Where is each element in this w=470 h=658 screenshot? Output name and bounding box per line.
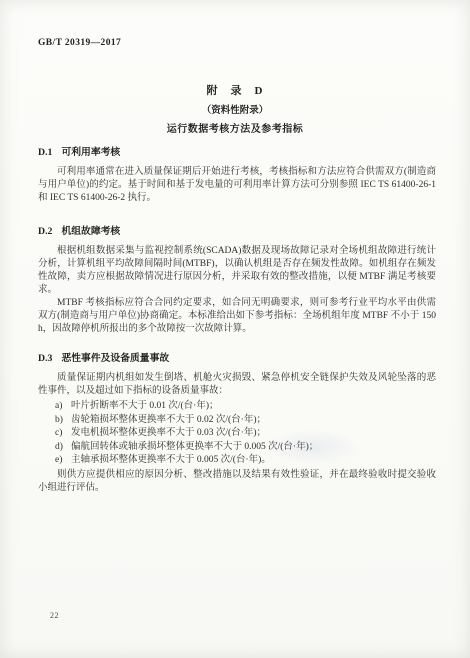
appendix-name: 运行数据考核方法及参考指标 [0, 120, 470, 135]
section-d2-paragraph-2: MTBF 考核指标应符合合同约定要求，如合同无明确要求，则可参考行业平均水平由供… [38, 297, 436, 336]
list-text-d: 偏航回转体或轴承损坏整体更换率不大于 0.005 次/(台·年)； [71, 441, 436, 455]
list-text-a: 叶片折断率不大于 0.01 次/(台·年)； [71, 400, 436, 414]
list-marker-c: c) [55, 427, 71, 441]
list-item-e: e) 主轴承损坏整体更换率不大于 0.005 次/(台·年)。 [38, 454, 436, 468]
list-item-d: d) 偏航回转体或轴承损坏整体更换率不大于 0.005 次/(台·年)； [38, 441, 436, 455]
list-text-b: 齿轮箱损坏整体更换率不大于 0.02 次/(台·年)； [71, 414, 436, 428]
section-d3-closing-paragraph: 则供方应提供相应的原因分析、整改措施以及结果有效性验证，并在最终验收时提交验收小… [38, 469, 436, 495]
page-number: 22 [50, 611, 59, 620]
list-marker-d: d) [55, 441, 71, 455]
standard-number-header: GB/T 20319—2017 [38, 38, 121, 48]
section-d1-heading: D.1可利用率考核 [38, 146, 436, 159]
list-marker-b: b) [55, 414, 71, 428]
document-body: D.1可利用率考核 可利用率通常在进入质量保证期后开始进行考核，考核指标和方法应… [38, 146, 436, 504]
section-d2-title: 机组故障考核 [61, 226, 120, 237]
section-d1-number: D.1 [38, 146, 52, 159]
section-d3-number: D.3 [38, 352, 52, 365]
list-marker-e: e) [55, 454, 71, 468]
section-d3-heading: D.3恶性事件及设备质量事故 [38, 352, 436, 365]
section-d1-title: 可利用率考核 [61, 147, 120, 158]
section-d2-number: D.2 [38, 225, 52, 238]
list-item-b: b) 齿轮箱损坏整体更换率不大于 0.02 次/(台·年)； [38, 414, 436, 428]
list-item-c: c) 发电机损坏整体更换率不大于 0.03 次/(台·年)； [38, 427, 436, 441]
section-d1-paragraph: 可利用率通常在进入质量保证期后开始进行考核，考核指标和方法应符合供需双方(制造商… [38, 166, 436, 205]
section-d3-paragraph: 质量保证期内机组如发生倒塔、机舱火灾损毁、紧急停机安全链保护失效及风轮坠落的恶性… [38, 372, 436, 398]
quality-incident-list: a) 叶片折断率不大于 0.01 次/(台·年)； b) 齿轮箱损坏整体更换率不… [38, 400, 436, 468]
list-marker-a: a) [55, 400, 71, 414]
section-d3-title: 恶性事件及设备质量事故 [61, 353, 169, 364]
section-d2-paragraph-1: 根据机组数据采集与监视控制系统(SCADA)数据及现场故障记录对全场机组故障进行… [38, 245, 436, 297]
scanned-document-page: GB/T 20319—2017 附 录 D （资料性附录） 运行数据考核方法及参… [0, 0, 470, 658]
list-item-a: a) 叶片折断率不大于 0.01 次/(台·年)； [38, 400, 436, 414]
section-d2-heading: D.2机组故障考核 [38, 225, 436, 238]
appendix-title: 附 录 D [0, 82, 470, 98]
list-text-e: 主轴承损坏整体更换率不大于 0.005 次/(台·年)。 [71, 454, 436, 468]
list-text-c: 发电机损坏整体更换率不大于 0.03 次/(台·年)； [71, 427, 436, 441]
appendix-title-block: 附 录 D （资料性附录） 运行数据考核方法及参考指标 [0, 82, 470, 135]
appendix-subtitle: （资料性附录） [0, 102, 470, 116]
